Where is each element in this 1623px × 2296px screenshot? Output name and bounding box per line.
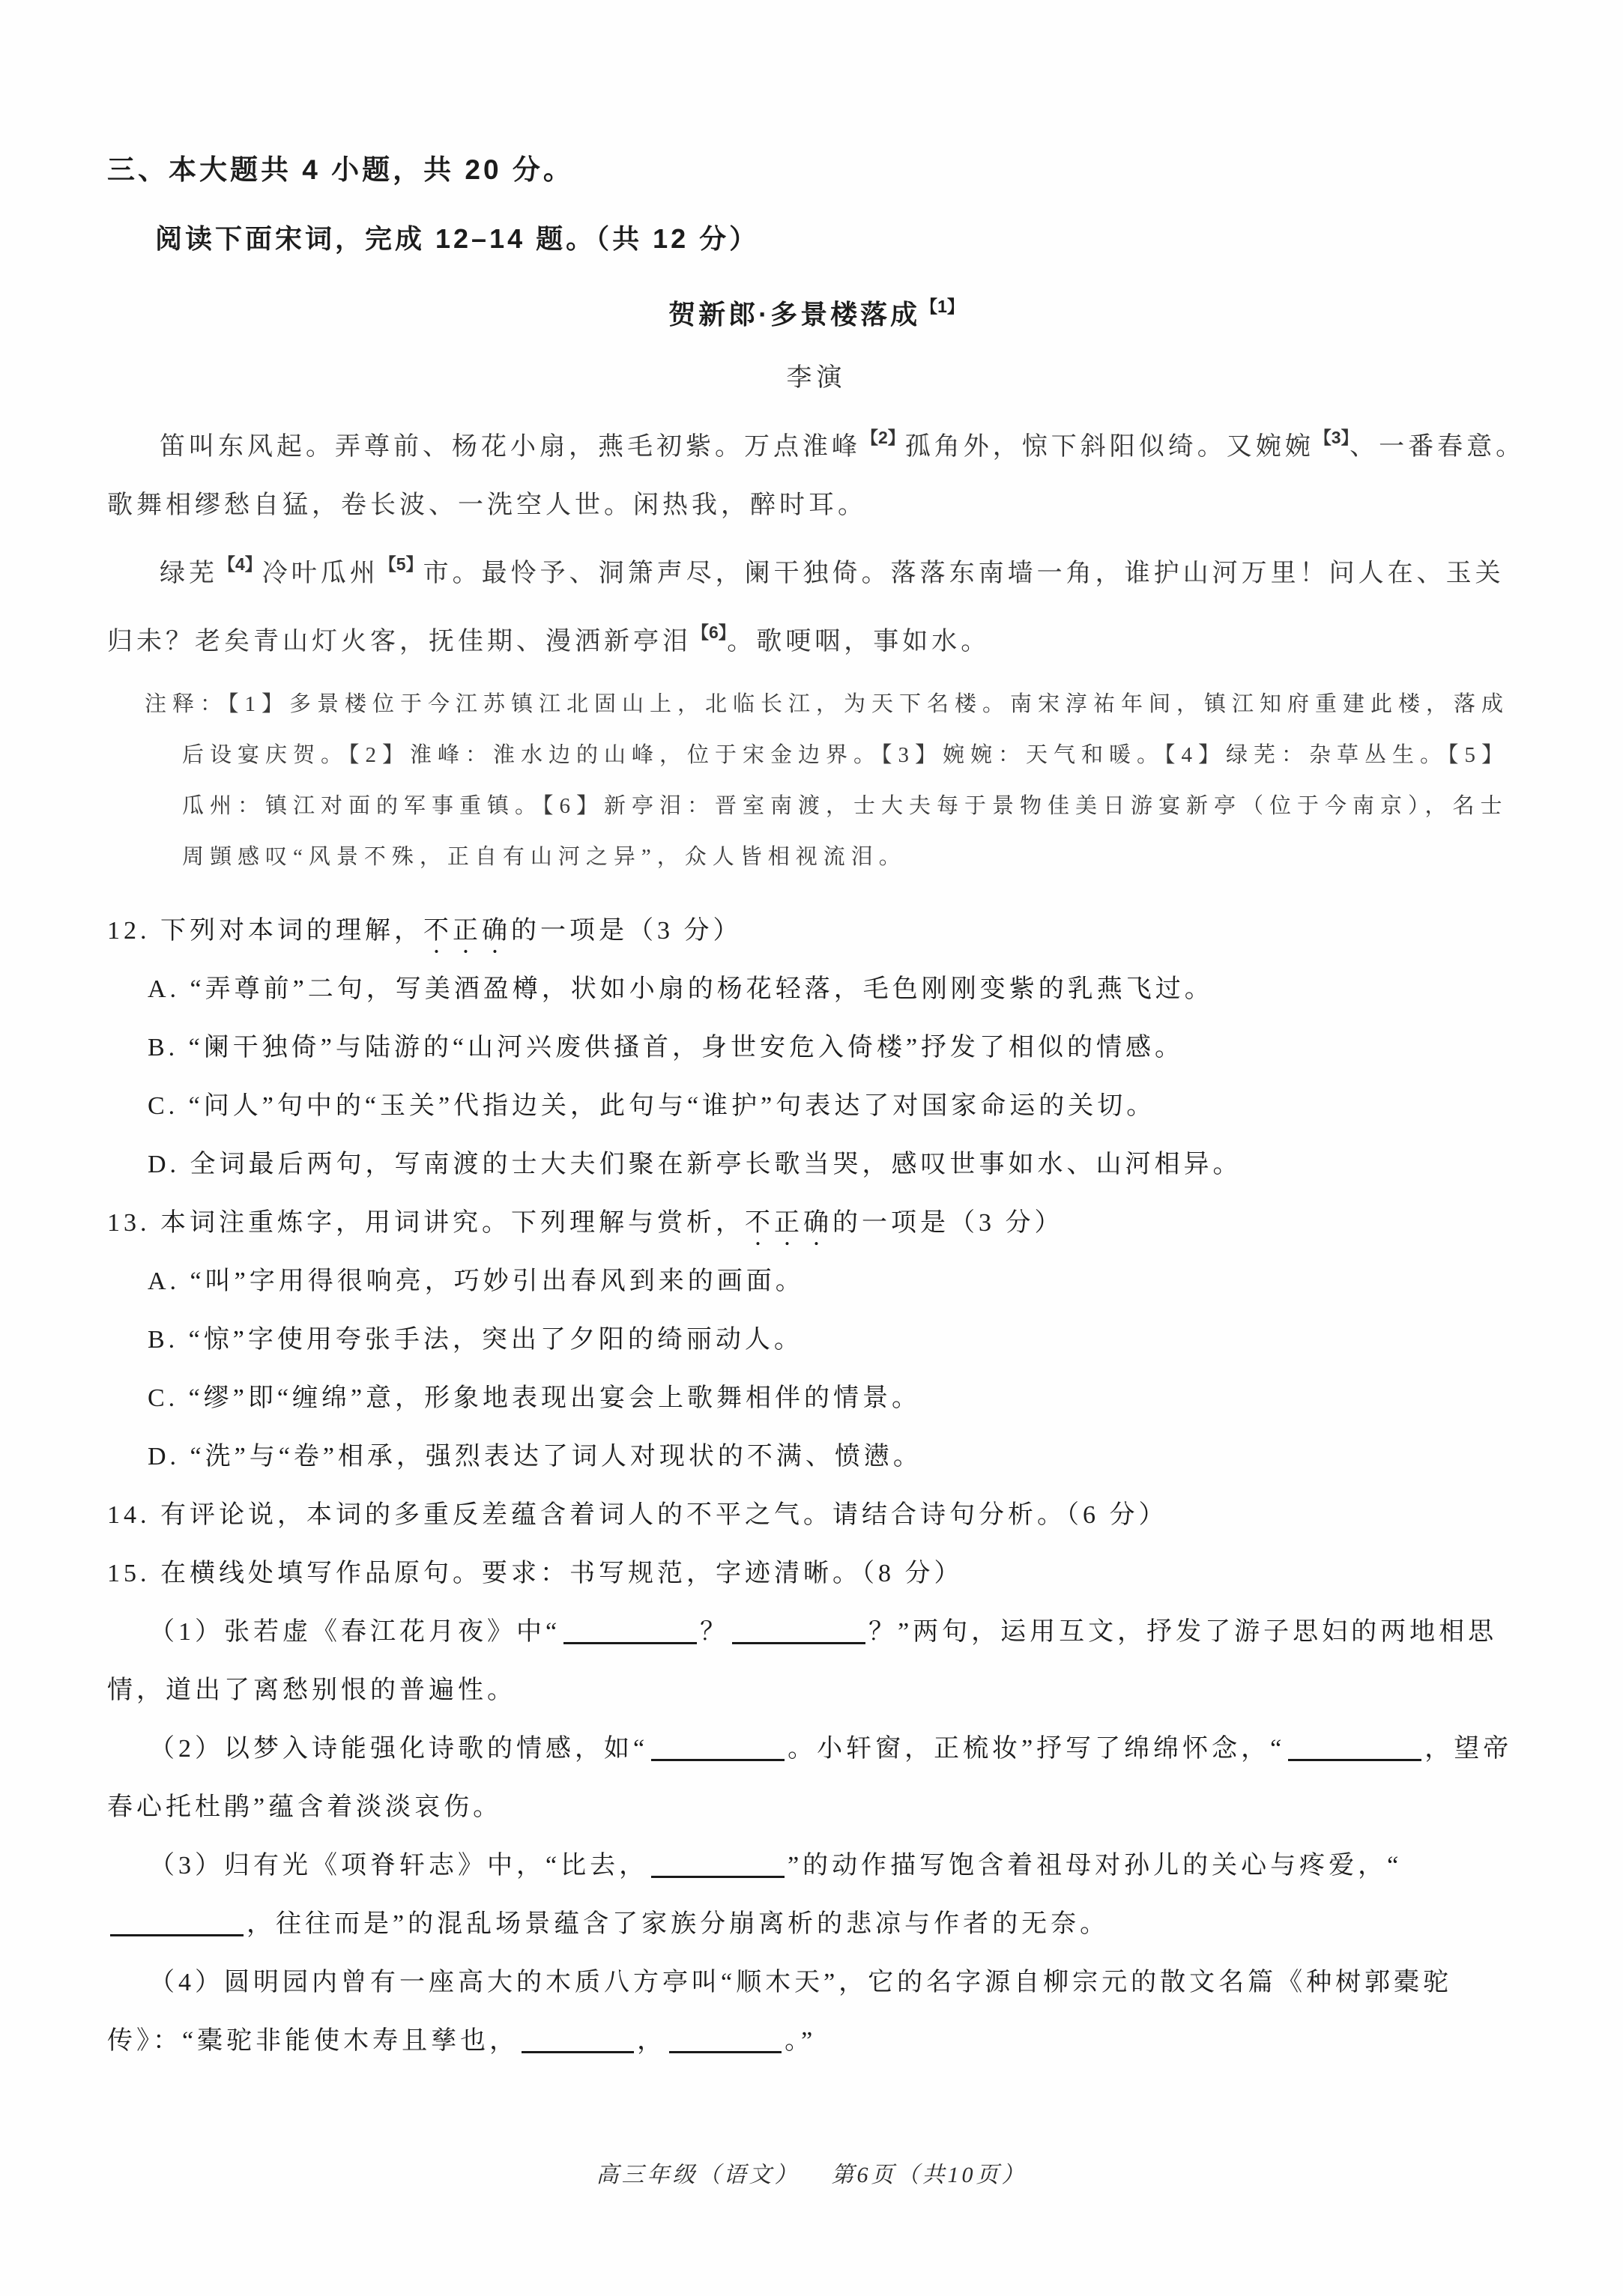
question-14: 14. 有评论说，本词的多重反差蕴含着词人的不平之气。请结合诗句分析。（6 分） bbox=[107, 1486, 1526, 1545]
question-12-option-c: C. “问人”句中的“玉关”代指边关，此句与“谁护”句表达了对国家命运的关切。 bbox=[148, 1077, 1526, 1136]
question-15-item-1: （1）张若虚《春江花月夜》中“？？”两句，运用互文，抒发了游子思妇的两地相思情，… bbox=[107, 1603, 1526, 1720]
item-text-segment: （1）张若虚《春江花月夜》中“ bbox=[149, 1618, 560, 1646]
footnote-ref-4: 【4】 bbox=[218, 554, 262, 574]
answer-blank bbox=[651, 1750, 785, 1761]
poem-text: 冷叶瓜州 bbox=[262, 560, 379, 587]
emphasized-text: 不正确 bbox=[745, 1209, 832, 1237]
item-text-segment: ？ bbox=[700, 1618, 729, 1646]
reading-instruction: 阅读下面宋词，完成 12–14 题。（共 12 分） bbox=[107, 210, 1526, 268]
item-text-segment: （2）以梦入诗能强化诗歌的情感，如“ bbox=[149, 1735, 648, 1763]
poem-text: 孤角外，惊下斜阳似绮。又婉婉 bbox=[905, 433, 1314, 461]
footnote-ref-5: 【5】 bbox=[379, 554, 423, 574]
item-text-segment: 。” bbox=[785, 2027, 816, 2055]
item-text-segment: 。小轩窗，正梳妆”抒写了绵绵怀念，“ bbox=[788, 1735, 1285, 1763]
notes-text: 【1】多景楼位于今江苏镇江北固山上，北临长江，为天下名楼。南宋淳祐年间，镇江知府… bbox=[182, 692, 1509, 869]
question-15-stem: 15. 在横线处填写作品原句。要求：书写规范，字迹清晰。（8 分） bbox=[107, 1545, 1526, 1603]
poem-stanza-2: 绿芜【4】冷叶瓜州【5】市。最怜予、洞箫声尽，阑干独倚。落落东南墙一角，谁护山河… bbox=[107, 535, 1526, 671]
footnote-ref-3: 【3】 bbox=[1314, 428, 1350, 447]
footer-grade-subject: 高三年级（语文） bbox=[596, 2156, 800, 2189]
question-text: 13. 本词注重炼字，用词讲究。下列理解与赏析， bbox=[107, 1209, 745, 1237]
section-header: 三、本大题共 4 小题，共 20 分。 bbox=[107, 141, 1526, 199]
question-15-item-2: （2）以梦入诗能强化诗歌的情感，如“。小轩窗，正梳妆”抒写了绵绵怀念，“，望帝春… bbox=[107, 1720, 1526, 1837]
question-15-item-3: （3）归有光《项脊轩志》中，“比去，”的动作描写饱含着祖母对孙儿的关心与疼爱，“… bbox=[107, 1837, 1526, 1954]
emphasized-text: 不正确 bbox=[423, 917, 511, 945]
question-12-stem: 12. 下列对本词的理解，不正确的一项是（3 分） bbox=[107, 902, 1526, 960]
answer-blank bbox=[563, 1633, 697, 1644]
poem-author: 李演 bbox=[107, 354, 1526, 402]
footnote-ref-6: 【6】 bbox=[692, 623, 727, 642]
question-text: 12. 下列对本词的理解， bbox=[107, 917, 423, 945]
question-text: 的一项是（3 分） bbox=[511, 917, 743, 945]
question-15-item-4: （4）圆明园内曾有一座高大的木质八方亭叫“顺木天”，它的名字源自柳宗元的散文名篇… bbox=[107, 1954, 1526, 2071]
poem-text: 绿芜 bbox=[160, 560, 218, 587]
poem-notes: 注释：【1】多景楼位于今江苏镇江北固山上，北临长江，为天下名楼。南宋淳祐年间，镇… bbox=[145, 679, 1526, 882]
poem-text: 。歌哽咽，事如水。 bbox=[727, 628, 990, 655]
answer-blank bbox=[110, 1925, 244, 1936]
question-13-stem: 13. 本词注重炼字，用词讲究。下列理解与赏析，不正确的一项是（3 分） bbox=[107, 1194, 1526, 1252]
footnote-ref-1: 【1】 bbox=[920, 297, 964, 316]
question-12-option-a: A. “弄尊前”二句，写美酒盈樽，状如小扇的杨花轻落，毛色刚刚变紫的乳燕飞过。 bbox=[148, 960, 1526, 1019]
question-text: 的一项是（3 分） bbox=[832, 1209, 1064, 1237]
question-12-option-b: B. “阑干独倚”与陆游的“山河兴废供搔首，身世安危入倚楼”抒发了相似的情感。 bbox=[148, 1019, 1526, 1077]
answer-blank bbox=[1288, 1750, 1421, 1761]
question-13-option-d: D. “洗”与“卷”相承，强烈表达了词人对现状的不满、愤懑。 bbox=[148, 1428, 1526, 1486]
item-text-segment: （3）归有光《项脊轩志》中，“比去， bbox=[149, 1852, 648, 1879]
answer-blank bbox=[522, 2042, 634, 2053]
item-text-segment: ”的动作描写饱含着祖母对孙儿的关心与疼爱，“ bbox=[788, 1852, 1402, 1879]
page-footer: 高三年级（语文） 第6页（共10页） bbox=[0, 2156, 1623, 2189]
answer-blank bbox=[669, 2042, 782, 2053]
question-12-option-d: D. 全词最后两句，写南渡的士大夫们聚在新亭长歌当哭，感叹世事如水、山河相异。 bbox=[148, 1136, 1526, 1194]
question-13-option-a: A. “叫”字用得很响亮，巧妙引出春风到来的画面。 bbox=[148, 1252, 1526, 1311]
exam-page: 三、本大题共 4 小题，共 20 分。 阅读下面宋词，完成 12–14 题。（共… bbox=[0, 0, 1623, 2071]
item-text-segment: ，往往而是”的混乱场景蕴含了家族分崩离析的悲凉与作者的无奈。 bbox=[247, 1910, 1109, 1938]
question-13-option-c: C. “缪”即“缠绵”意，形象地表现出宴会上歌舞相伴的情景。 bbox=[148, 1369, 1526, 1428]
item-text-segment: ， bbox=[637, 2027, 666, 2055]
poem-title-line: 贺新郎·多景楼落成【1】 bbox=[107, 277, 1526, 350]
footnote-ref-2: 【2】 bbox=[861, 428, 905, 447]
footer-page-number: 第6页（共10页） bbox=[832, 2156, 1027, 2189]
answer-blank bbox=[651, 1867, 785, 1878]
poem-stanza-1: 笛叫东风起。弄尊前、杨花小扇，燕毛初紫。万点淮峰【2】孤角外，惊下斜阳似绮。又婉… bbox=[107, 408, 1526, 535]
poem-text: 笛叫东风起。弄尊前、杨花小扇，燕毛初紫。万点淮峰 bbox=[160, 433, 861, 461]
notes-label: 注释： bbox=[145, 692, 228, 716]
answer-blank bbox=[732, 1633, 865, 1644]
poem-title: 贺新郎·多景楼落成 bbox=[668, 299, 920, 330]
question-13-option-b: B. “惊”字使用夸张手法，突出了夕阳的绮丽动人。 bbox=[148, 1311, 1526, 1369]
